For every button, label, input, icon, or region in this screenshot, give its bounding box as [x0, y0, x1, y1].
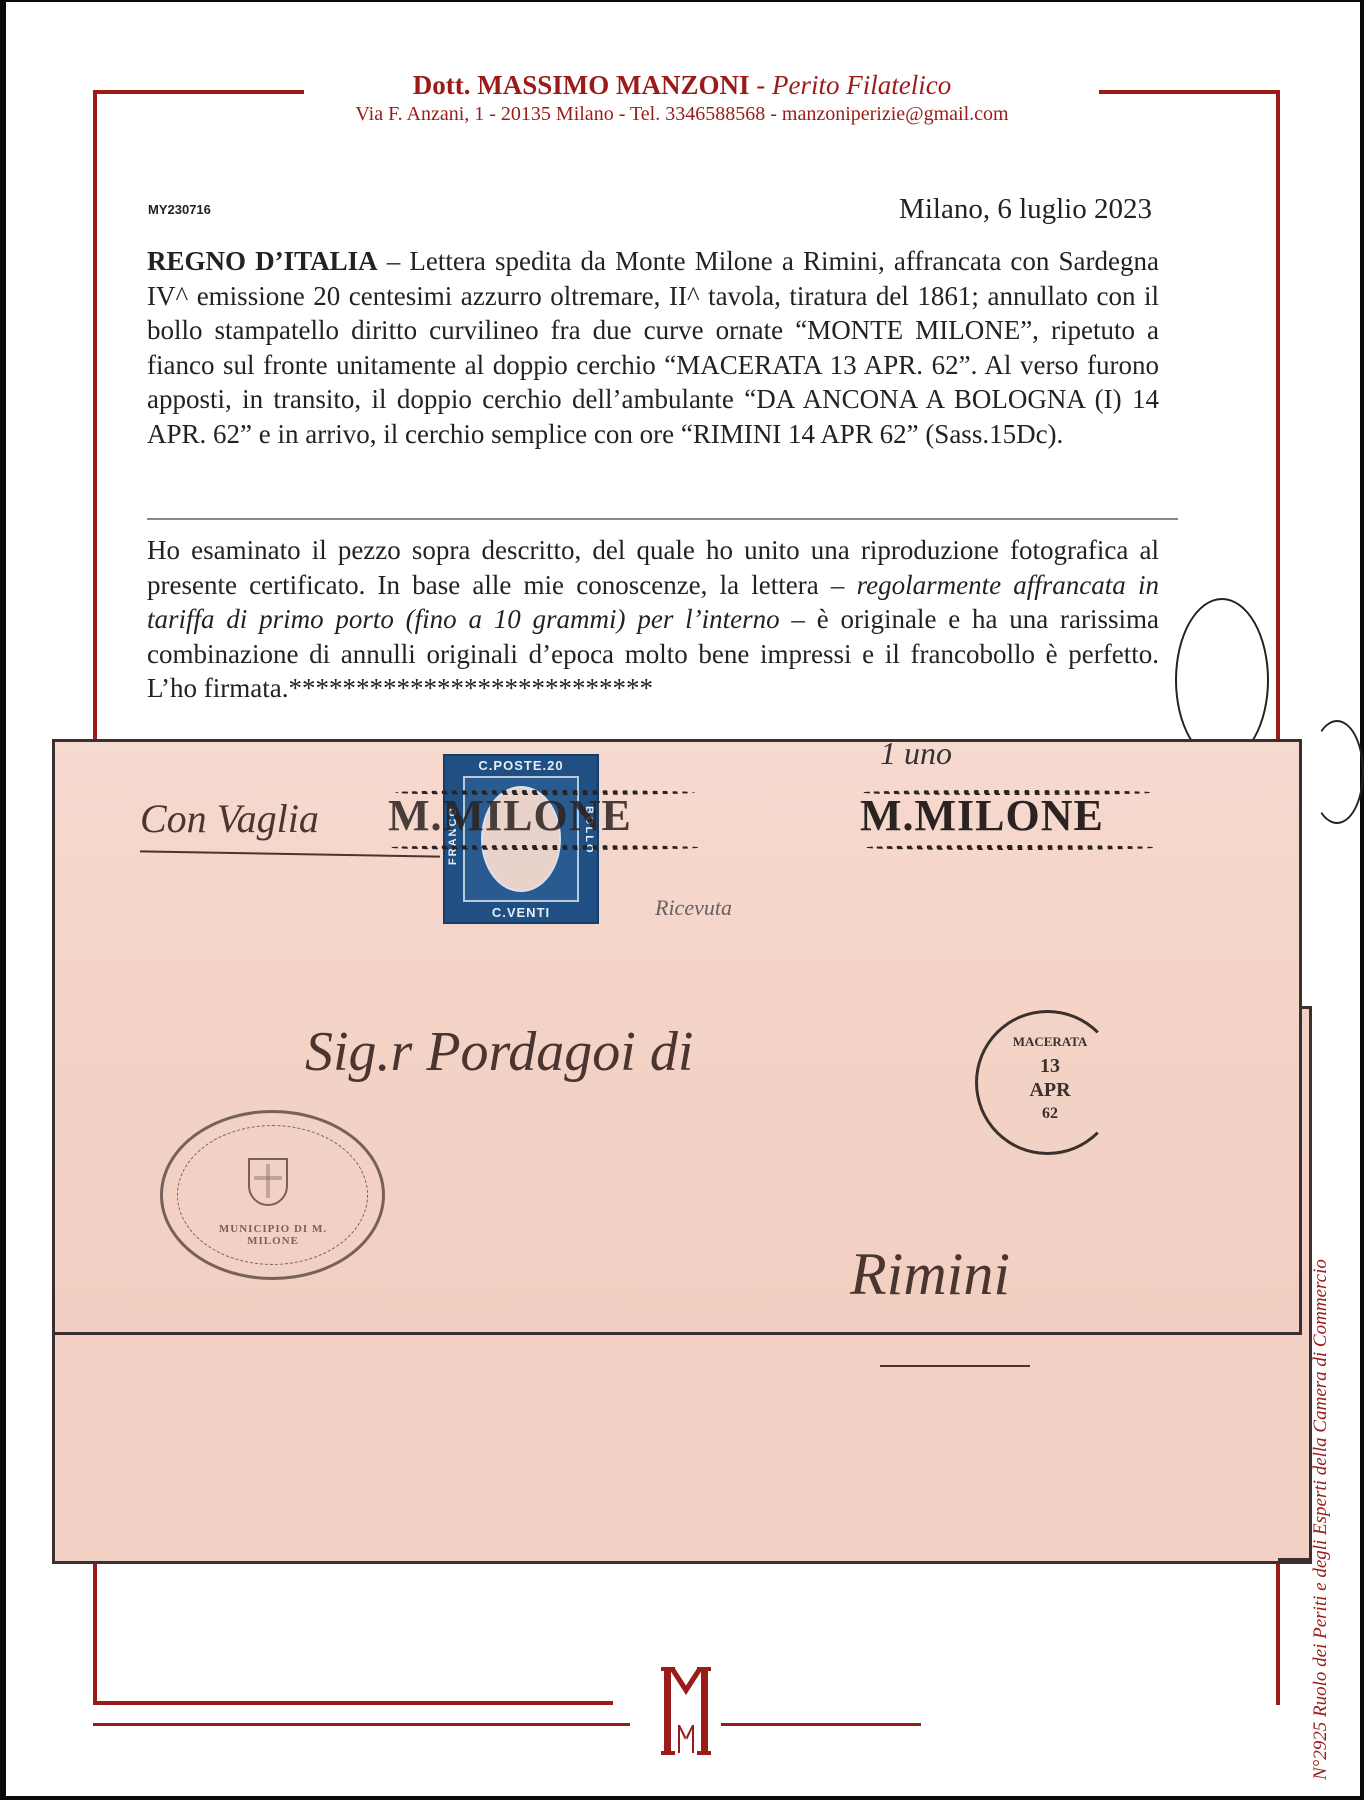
- cancel-ornament: [390, 845, 700, 850]
- handwriting-ricevuta: Ricevuta: [655, 895, 732, 921]
- monogram-logo-icon: [660, 1667, 712, 1755]
- logo-line-left: [93, 1723, 630, 1726]
- section-divider: [147, 518, 1178, 520]
- signature-stroke: [1310, 720, 1364, 824]
- stamp-top-text: C.POSTE.20: [445, 758, 597, 773]
- signature-stroke: [1175, 598, 1269, 762]
- frame-border: [93, 1701, 613, 1705]
- cancellation-monte-milone-1: M.MILONE: [388, 790, 632, 841]
- registry-note: N°2925 Ruolo dei Periti e degli Esperti …: [1310, 1259, 1332, 1780]
- expert-name-heading: Dott. MASSIMO MANZONI - Perito Filatelic…: [0, 70, 1364, 101]
- expert-name: Dott. MASSIMO MANZONI: [413, 70, 750, 100]
- savoy-cross-icon: [248, 1158, 288, 1206]
- cancel-ornament: [865, 845, 1155, 850]
- postmark-year: 62: [1000, 1102, 1100, 1126]
- handwriting-destination: Rimini: [850, 1240, 1010, 1309]
- certificate-date: Milano, 6 luglio 2023: [899, 193, 1152, 226]
- postmark-city: MACERATA: [1000, 1030, 1100, 1054]
- municipal-seal: MUNICIPIO DI M. MILONE: [160, 1110, 385, 1280]
- handwriting-addressee: Sig.r Pordagoi di: [305, 1020, 693, 1084]
- description-heading: REGNO D’ITALIA: [147, 246, 378, 276]
- handwriting-con-vaglia: Con Vaglia: [140, 795, 319, 842]
- stamp-bottom-text: C.VENTI: [445, 905, 597, 920]
- certificate-code: MY230716: [148, 202, 211, 217]
- postmark-month: APR: [1000, 1078, 1100, 1102]
- logo-line-right: [721, 1723, 921, 1726]
- expert-title: Perito Filatelico: [772, 70, 951, 100]
- handwriting-uno: 1 uno: [880, 735, 952, 772]
- description-paragraph: REGNO D’ITALIA – Lettera spedita da Mont…: [147, 244, 1159, 451]
- header-separator: -: [750, 70, 773, 100]
- letter-lower-fold: [52, 1332, 1312, 1564]
- cancellation-monte-milone-2: M.MILONE: [860, 790, 1104, 841]
- description-text: – Lettera spedita da Monte Milone a Rimi…: [147, 246, 1159, 449]
- postmark-day: 13: [1000, 1054, 1100, 1078]
- opinion-paragraph: Ho esaminato il pezzo sopra descritto, d…: [147, 533, 1159, 706]
- expert-address: Via F. Anzani, 1 - 20135 Milano - Tel. 3…: [0, 103, 1364, 126]
- postmark-text: MACERATA 13 APR 62: [1000, 1030, 1100, 1126]
- handwriting-flourish: [880, 1365, 1030, 1367]
- seal-text: MUNICIPIO DI M. MILONE: [193, 1223, 353, 1247]
